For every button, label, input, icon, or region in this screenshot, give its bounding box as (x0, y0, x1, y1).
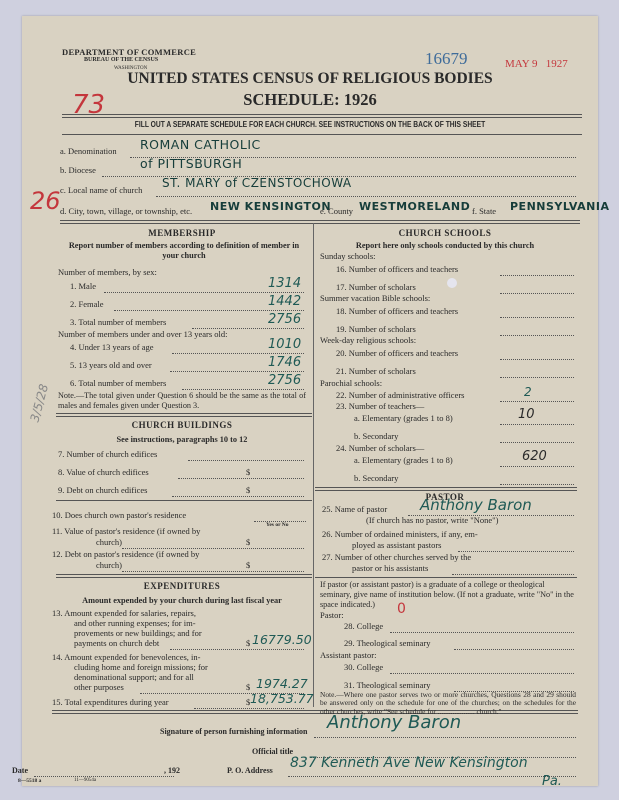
currency-sign: $ (246, 485, 250, 496)
q23-label: 23. Number of teachers— (336, 401, 424, 412)
date-field[interactable] (34, 765, 174, 777)
female-value: 1442 (268, 294, 301, 309)
male-value: 1314 (268, 276, 301, 291)
q17-label: 17. Number of scholars (336, 282, 416, 293)
address-value-2: Pa. (542, 774, 562, 789)
pastor-name-label: 25. Name of pastor (322, 504, 387, 515)
q24-label: 24. Number of scholars— (336, 443, 424, 454)
divider (62, 134, 582, 135)
q22-field[interactable] (500, 390, 574, 402)
official-title-label: Official title (252, 746, 293, 757)
q23a-field[interactable] (500, 413, 574, 425)
q14-value: 1974.27 (256, 676, 308, 691)
date-label: Date (12, 765, 28, 776)
q24b-field[interactable] (500, 473, 574, 485)
q30-field[interactable] (390, 662, 574, 674)
serial-number-stamp: 16679 (425, 49, 468, 69)
residence-value-field[interactable] (122, 537, 304, 549)
q24b-label: b. Secondary (354, 473, 398, 484)
under-13-value: 1010 (268, 337, 301, 352)
total-members-age-label: 6. Total number of members (70, 378, 166, 389)
by-age-label: Number of members under and over 13 year… (58, 329, 227, 340)
edifices-value-label: 8. Value of church edifices (58, 467, 149, 478)
address-label: P. O. Address (227, 765, 273, 776)
schools-title: CHURCH SCHOOLS (314, 228, 576, 238)
date-suffix: , 192 (164, 765, 180, 776)
divider (56, 413, 312, 417)
pastor-name-value: Anthony Baron (420, 496, 532, 514)
membership-title: MEMBERSHIP (52, 228, 312, 238)
currency-sign: $ (246, 537, 250, 548)
received-date-stamp: MAY 9 1927 (505, 58, 568, 70)
q24a-label: a. Elementary (grades 1 to 8) (354, 455, 453, 466)
education-intro: If pastor (or assistant pastor) is a gra… (320, 580, 574, 610)
q29-label: 29. Theological seminary (344, 638, 430, 649)
edifices-count-label: 7. Number of church edifices (58, 449, 157, 460)
currency-sign: $ (246, 467, 250, 478)
instruction-banner: FILL OUT A SEPARATE SCHEDULE FOR EACH CH… (62, 120, 557, 129)
divider (56, 574, 312, 578)
residence-debt-label: 12. Debt on pastor's residence (if owned… (52, 549, 199, 560)
over-13-label: 5. 13 years old and over (70, 360, 152, 371)
owns-residence-field[interactable] (254, 510, 306, 522)
owns-residence-label: 10. Does church own pastor's residence (52, 510, 186, 521)
city-value: NEW KENSINGTON (210, 200, 331, 213)
q30-label: 30. College (344, 662, 383, 673)
residence-debt-label-2: church) (96, 560, 122, 571)
state-label: f. State (472, 206, 496, 217)
schools-subtitle: Report here only schools conducted by th… (314, 241, 576, 251)
divider (62, 114, 582, 118)
divider (60, 220, 580, 224)
total-members-value: 2756 (268, 312, 301, 327)
address-value: 837 Kenneth Ave New Kensington (290, 755, 528, 771)
edifices-debt-field[interactable] (172, 485, 304, 497)
q16-label: 16. Number of officers and teachers (336, 264, 458, 275)
form-title: UNITED STATES CENSUS OF RELIGIOUS BODIES (22, 70, 598, 88)
q21-field[interactable] (500, 366, 574, 378)
total-members-label: 3. Total number of members (70, 317, 166, 328)
form-code: 8—5518 a (18, 778, 41, 784)
signature-label: Signature of person furnishing informati… (160, 726, 307, 737)
q27-field[interactable] (452, 563, 574, 575)
currency-sign: $ (246, 560, 250, 571)
pastor-name-hint: (If church has no pastor, write "None") (366, 515, 498, 526)
female-label: 2. Female (70, 299, 104, 310)
q23a-value: 10 (518, 407, 535, 422)
census-schedule-form: DEPARTMENT OF COMMERCE BUREAU OF THE CEN… (22, 16, 598, 786)
membership-subtitle: Report number of members according to de… (64, 241, 304, 261)
city-label: d. City, town, village, or township, etc… (60, 206, 192, 217)
total-members-age-value: 2756 (268, 373, 301, 388)
signature-value: Anthony Baron (327, 712, 461, 733)
q23a-label: a. Elementary (grades 1 to 8) (354, 413, 453, 424)
q22-label: 22. Number of administrative officers (336, 390, 465, 401)
assistant-edu-label: Assistant pastor: (320, 650, 376, 661)
q26-line-2: ployed as assistant pastors (352, 540, 441, 551)
q26-field[interactable] (458, 540, 574, 552)
currency-sign: $ (246, 638, 250, 649)
department-heading: DEPARTMENT OF COMMERCE (62, 47, 196, 57)
q23b-label: b. Secondary (354, 431, 398, 442)
denomination-value: ROMAN CATHOLIC (140, 137, 261, 152)
residence-value-label: 11. Value of pastor's residence (if owne… (52, 526, 200, 537)
local-name-value: ST. MARY of CZENSTOCHOWA (162, 176, 352, 190)
q17-field[interactable] (500, 282, 574, 294)
over-13-value: 1746 (268, 355, 301, 370)
paper-hole (447, 278, 457, 288)
q29-field[interactable] (454, 638, 574, 650)
denomination-label: a. Denomination (60, 146, 117, 157)
q21-label: 21. Number of scholars (336, 366, 416, 377)
q19-field[interactable] (500, 324, 574, 336)
by-sex-label: Number of members, by sex: (58, 267, 157, 278)
q18-label: 18. Number of officers and teachers (336, 306, 458, 317)
form-subtitle: SCHEDULE: 1926 (22, 90, 598, 110)
q18-field[interactable] (500, 306, 574, 318)
q20-field[interactable] (500, 348, 574, 360)
q27-line-2: pastor or his assistants (352, 563, 428, 574)
buildings-title: CHURCH BUILDINGS (52, 420, 312, 430)
edifices-count-field[interactable] (188, 449, 304, 461)
sunday-schools-label: Sunday schools: (320, 251, 376, 262)
expenditures-title: EXPENDITURES (52, 581, 312, 591)
q13-value: 16779.50 (252, 632, 312, 647)
pastor-no-mark: 0 (397, 601, 406, 617)
male-label: 1. Male (70, 281, 96, 292)
divider (315, 487, 577, 491)
membership-note: Note.—The total given under Question 6 s… (58, 391, 306, 411)
q14-line-4: other purposes (74, 682, 124, 693)
under-13-label: 4. Under 13 years of age (70, 342, 154, 353)
q27-line-1: 27. Number of other churches served by t… (322, 552, 471, 563)
pencil-annotation: 3/5/28 (28, 383, 52, 424)
q16-field[interactable] (500, 264, 574, 276)
diocese-label: b. Diocese (60, 165, 96, 176)
edifices-value-field[interactable] (178, 467, 304, 479)
summer-schools-label: Summer vacation Bible schools: (320, 293, 430, 304)
edifices-debt-label: 9. Debt on church edifices (58, 485, 147, 496)
q15-value: 18,753.77 (250, 691, 314, 706)
pastor-edu-label: Pastor: (320, 610, 344, 621)
q20-label: 20. Number of officers and teachers (336, 348, 458, 359)
q28-label: 28. College (344, 621, 383, 632)
red-annotation-26: 26 (30, 187, 61, 215)
parochial-schools-label: Parochial schools: (320, 378, 382, 389)
q24a-value: 620 (522, 449, 547, 464)
q15-label: 15. Total expenditures during year (52, 697, 169, 708)
divider (315, 577, 577, 578)
q22-value: 2 (524, 385, 532, 399)
q28-field[interactable] (390, 621, 574, 633)
q13-line-4: payments on church debt (74, 638, 159, 649)
q23b-field[interactable] (500, 431, 574, 443)
state-value: PENNSYLVANIA (510, 200, 609, 213)
county-label: e. County (320, 206, 353, 217)
residence-value-label-2: church) (96, 537, 122, 548)
bureau-heading: BUREAU OF THE CENSUS (84, 57, 158, 63)
diocese-value: of PITTSBURGH (140, 156, 242, 171)
county-value: WESTMORELAND (359, 200, 470, 213)
yes-no-hint: Yes or No (266, 522, 289, 528)
buildings-subtitle: See instructions, paragraphs 10 to 12 (52, 435, 312, 445)
local-name-label: c. Local name of church (60, 185, 142, 196)
expenditures-subtitle: Amount expended by your church during la… (52, 596, 312, 606)
column-divider (313, 223, 314, 707)
weekday-schools-label: Week-day religious schools: (320, 335, 416, 346)
divider (56, 500, 312, 501)
print-code: 11—9054a (74, 778, 96, 783)
residence-debt-field[interactable] (122, 560, 304, 572)
q26-line-1: 26. Number of ordained ministers, if any… (322, 529, 478, 540)
q19-label: 19. Number of scholars (336, 324, 416, 335)
